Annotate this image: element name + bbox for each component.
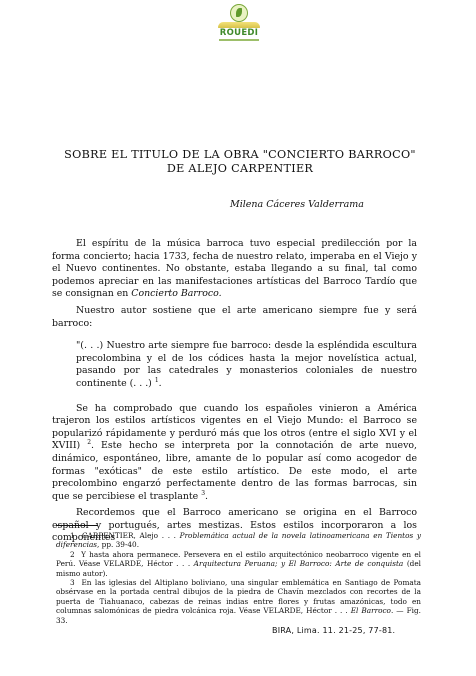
footnotes: 1 CARPENTIER, Alejo . . . Problemática a…	[56, 531, 421, 625]
article-body: El espíritu de la música barroca tuvo es…	[52, 238, 417, 545]
footnote-text: , pp. 39-40.	[97, 540, 139, 549]
footnote-2: 2 Y hasta ahora permanece. Persevera en …	[56, 550, 421, 578]
title-line-2: DE ALEJO CARPENTIER	[40, 162, 440, 176]
footnote-3: 3 En las iglesias del Altiplano bolivian…	[56, 578, 421, 625]
footnote-text: CARPENTIER, Alejo . . .	[82, 531, 180, 540]
footnote-italic: El Barroco	[351, 606, 391, 615]
footnote-italic: Arquitectura Peruana; y El Barroco: Arte…	[194, 559, 404, 568]
work-title-italic: Concierto Barroco.	[131, 288, 221, 299]
citation-footer: BIRA, Lima. 11. 21-25, 77-81.	[272, 626, 395, 635]
footnote-number: 3	[70, 578, 75, 587]
logo-name: ROUEDI	[216, 28, 262, 38]
article-title: SOBRE EL TITULO DE LA OBRA "CONCIERTO BA…	[40, 148, 440, 176]
paragraph-2: Nuestro autor sostiene que el arte ameri…	[52, 305, 417, 330]
footnote-number: 1	[70, 531, 75, 540]
paragraph-3-text-b: . Este hecho se interpreta por la connot…	[52, 440, 417, 501]
leaf-emblem-icon	[230, 4, 248, 22]
footnote-1: 1 CARPENTIER, Alejo . . . Problemática a…	[56, 531, 421, 550]
block-quote: "(. . .) Nuestro arte siempre fue barroc…	[76, 340, 417, 390]
paragraph-1-text: El espíritu de la música barroca tuvo es…	[52, 238, 417, 299]
footnote-divider	[56, 525, 98, 526]
footnote-number: 2	[70, 550, 75, 559]
footnote-ref-1[interactable]: 1	[155, 377, 159, 384]
publisher-logo: ROUEDI	[216, 2, 262, 46]
footnote-ref-3[interactable]: 3	[201, 490, 205, 497]
title-line-1: SOBRE EL TITULO DE LA OBRA "CONCIERTO BA…	[40, 148, 440, 162]
author-name: Milena Cáceres Valderrama	[230, 199, 364, 210]
paragraph-3: Se ha comprobado que cuando los españole…	[52, 403, 417, 504]
quote-text: "(. . .) Nuestro arte siempre fue barroc…	[76, 340, 417, 389]
logo-tagline-bar	[219, 39, 259, 41]
paragraph-1: El espíritu de la música barroca tuvo es…	[52, 238, 417, 301]
